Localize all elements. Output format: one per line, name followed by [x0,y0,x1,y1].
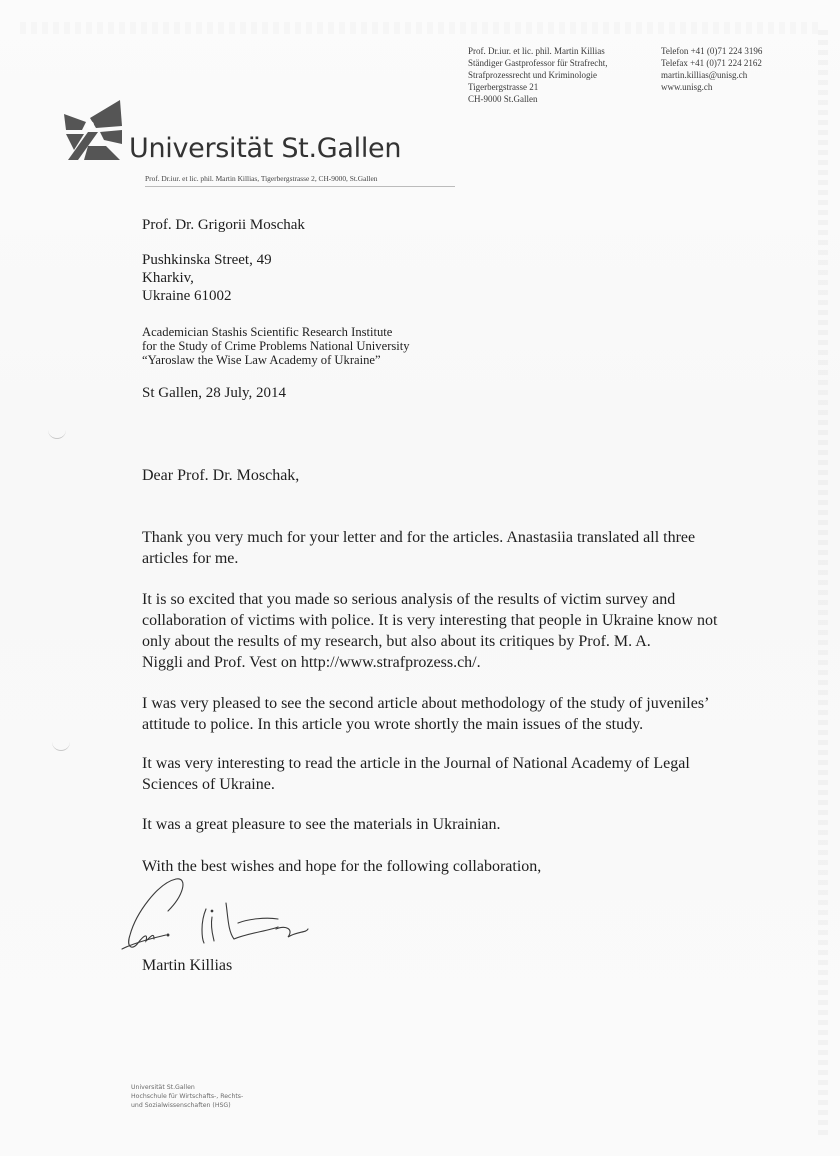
signer-name: Martin Killias [142,957,232,975]
sender-line: Strafprozessrecht und Kriminologie [468,69,607,81]
institute-line: Academician Stashis Scientific Research … [142,325,410,339]
footer: Universität St.Gallen Hochschule für Wir… [131,1083,243,1110]
paragraph-line: Niggli and Prof. Vest on http://www.stra… [142,652,782,673]
body-paragraph: It is so excited that you made so seriou… [142,589,782,673]
paragraph-line: only about the results of my research, b… [142,631,782,652]
punch-hole-mark [52,740,70,751]
scan-edge-right [818,30,828,1136]
punch-hole-mark [48,428,66,439]
footer-line: Hochschule für Wirtschafts-, Rechts- [131,1092,243,1101]
recipient-institute: Academician Stashis Scientific Research … [142,325,410,367]
contact-block: Telefon +41 (0)71 224 3196 Telefax +41 (… [661,45,762,93]
address-line: Kharkiv, [142,269,272,287]
paragraph-line: articles for me. [142,548,782,569]
place-date: St Gallen, 28 July, 2014 [142,385,286,402]
address-line: Ukraine 61002 [142,287,272,305]
handwritten-signature-icon [118,873,328,958]
website-link[interactable]: www.unisg.ch [661,81,762,93]
paragraph-line: collaboration of victims with police. It… [142,610,782,631]
address-line: Pushkinska Street, 49 [142,251,272,269]
body-paragraph: Thank you very much for your letter and … [142,527,782,569]
institute-line: “Yaroslaw the Wise Law Academy of Ukrain… [142,353,410,367]
body-paragraph: I was very pleased to see the second art… [142,693,782,735]
scan-edge-top [20,22,820,34]
institute-line: for the Study of Crime Problems National… [142,339,410,353]
paragraph-line: It is so excited that you made so seriou… [142,589,782,610]
paragraph-line: attitude to police. In this article you … [142,714,782,735]
sender-line: Prof. Dr.iur. et lic. phil. Martin Killi… [468,45,607,57]
footer-line: Universität St.Gallen [131,1083,243,1092]
sender-line: Tigerbergstrasse 21 [468,81,607,93]
salutation: Dear Prof. Dr. Moschak, [142,467,299,485]
phone: Telefon +41 (0)71 224 3196 [661,45,762,57]
university-name: Universität St.Gallen [129,133,401,164]
return-address: Prof. Dr.iur. et lic. phil. Martin Killi… [145,174,455,187]
letter-page: Prof. Dr.iur. et lic. phil. Martin Killi… [0,0,840,1156]
email-link[interactable]: martin.killias@unisg.ch [661,69,762,81]
recipient-name: Prof. Dr. Grigorii Moschak [142,217,305,234]
recipient-address: Pushkinska Street, 49 Kharkiv, Ukraine 6… [142,251,272,305]
paragraph-line: It was very interesting to read the arti… [142,753,782,774]
paragraph-line: It was a great pleasure to see the mater… [142,814,782,835]
body-paragraph: It was very interesting to read the arti… [142,753,782,795]
paragraph-line: I was very pleased to see the second art… [142,693,782,714]
sender-line: Ständiger Gastprofessor für Strafrecht, [468,57,607,69]
hsg-logo-icon [64,100,124,162]
sender-line: CH-9000 St.Gallen [468,93,607,105]
sender-block: Prof. Dr.iur. et lic. phil. Martin Killi… [468,45,607,105]
paragraph-line: Thank you very much for your letter and … [142,527,782,548]
fax: Telefax +41 (0)71 224 2162 [661,57,762,69]
footer-line: und Sozialwissenschaften (HSG) [131,1101,243,1110]
paragraph-line: Sciences of Ukraine. [142,774,782,795]
body-paragraph: It was a great pleasure to see the mater… [142,814,782,835]
